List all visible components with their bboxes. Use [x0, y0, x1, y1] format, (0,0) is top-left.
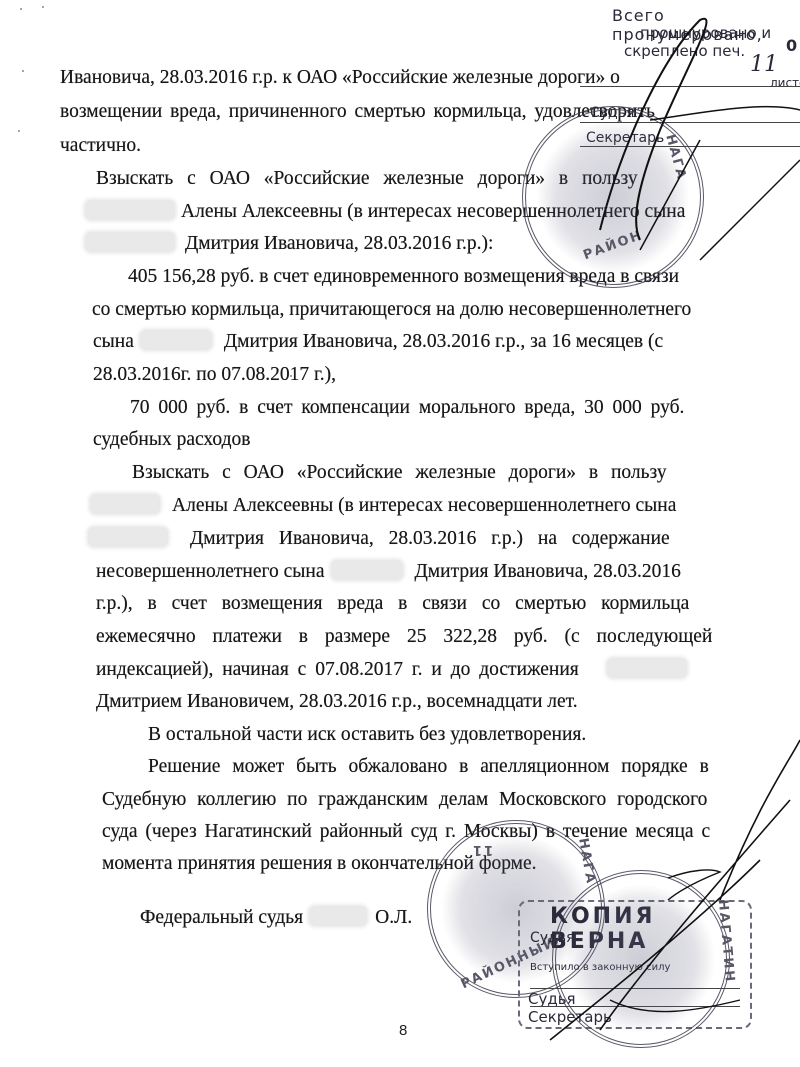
text-line: Дмитрия Ивановича, 28.03.2016 г.р.):	[85, 232, 493, 256]
stamp-rule	[580, 86, 800, 87]
judge-initials: О.Л.	[375, 907, 412, 928]
judge-title: Федеральный судья	[140, 907, 303, 928]
text-line: Решение может быть обжаловано в апелляци…	[148, 755, 709, 779]
redacted-surname	[309, 906, 367, 926]
document-page: Ивановича, 28.03.2016 г.р. к ОАО «Россий…	[0, 0, 800, 1067]
text-line: г.р.), в счет возмещения вреда в связи с…	[96, 592, 689, 616]
redacted-surname	[140, 330, 212, 350]
court-seal: НАГАТИН	[552, 870, 730, 1048]
redacted-surname	[607, 658, 687, 678]
handwritten-count: 11	[750, 52, 778, 77]
text-line: ежемесячно платежи в размере 25 322,28 р…	[96, 625, 712, 649]
text-line: индексацией), начиная с 07.08.2017 г. и …	[96, 658, 687, 682]
redacted-surname	[331, 560, 403, 580]
redacted-surname	[88, 527, 168, 547]
scan-speck	[22, 70, 24, 72]
redacted-surname	[85, 232, 175, 252]
text-line: 28.03.2016г. по 07.08.2017 г.),	[93, 363, 336, 387]
text-line: сынаДмитрия Ивановича, 28.03.2016 г.р., …	[93, 330, 663, 354]
text-line: 70 000 руб. в счет компенсации моральног…	[130, 396, 684, 420]
text-line: В остальной части иск оставить без удовл…	[148, 723, 586, 747]
text-line: суда (через Нагатинский районный суд г. …	[102, 820, 710, 844]
text-line: судебных расходов	[93, 428, 250, 452]
text-line: Дмитрием Ивановичем, 28.03.2016 г.р., во…	[96, 690, 578, 714]
text-line: Алены Алексеевны (в интересах несовершен…	[90, 494, 676, 518]
scan-speck	[20, 8, 22, 10]
judge-signature-line: Федеральный судьяО.Л.	[140, 906, 412, 930]
redacted-surname	[85, 200, 175, 220]
text-line: Дмитрия Ивановича, 28.03.2016 г.р.) на с…	[88, 527, 670, 551]
scan-speck	[42, 6, 44, 8]
text-line: частично.	[60, 134, 141, 158]
scan-speck	[18, 130, 20, 132]
text-line: несовершеннолетнего сынаДмитрия Иванович…	[96, 560, 681, 584]
redacted-surname	[90, 494, 160, 514]
text-line: со смертью кормильца, причитающегося на …	[92, 298, 691, 322]
page-number: 8	[399, 1022, 407, 1039]
text-line: Судебную коллегию по гражданским делам М…	[102, 788, 707, 812]
text-line: Взыскать с ОАО «Российские железные доро…	[132, 461, 667, 485]
court-seal: РАЙОН НАГА	[522, 106, 704, 288]
